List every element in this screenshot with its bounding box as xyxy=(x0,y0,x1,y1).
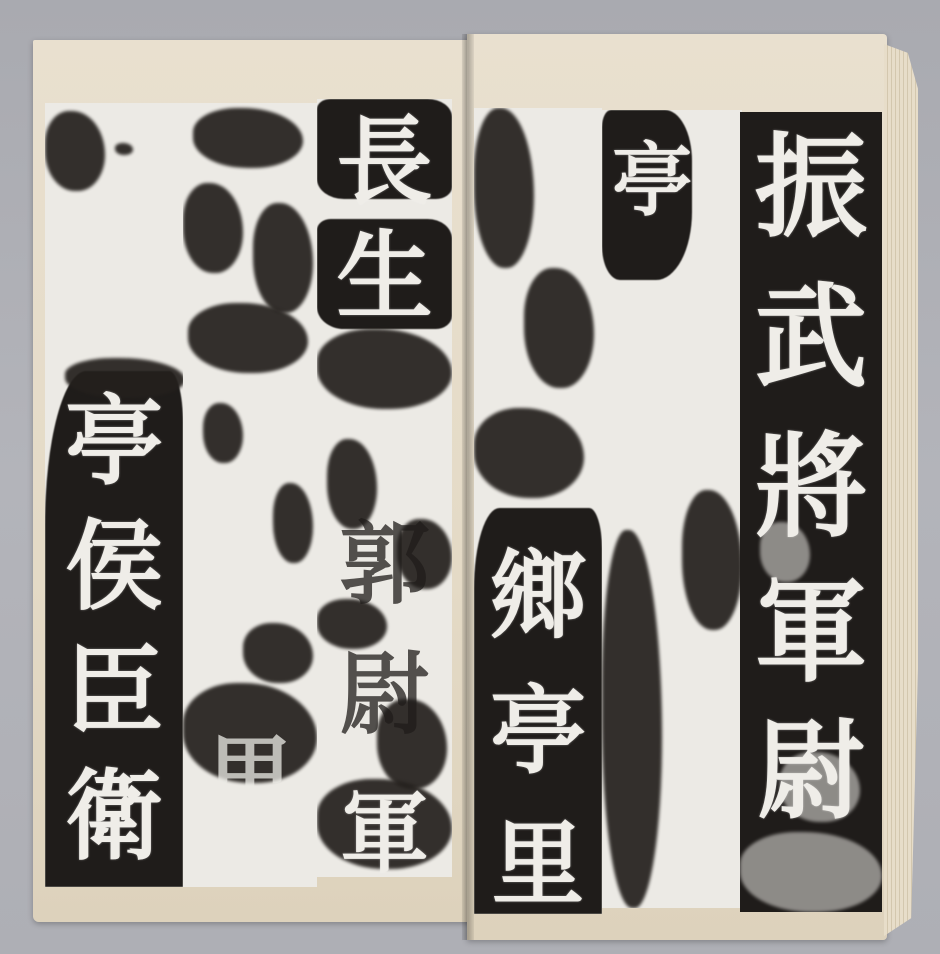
character: 生 xyxy=(317,229,452,325)
photo-scene: 亭 侯 臣 衛 里 長 生 郭 尉 軍 鄉 xyxy=(0,0,940,954)
character: 臣 xyxy=(45,643,183,741)
character: 里 xyxy=(183,733,317,823)
character: 里 xyxy=(474,818,602,910)
rubbing-strip-right-page-middle: 亭 xyxy=(602,110,742,908)
character: 尉 xyxy=(740,717,882,825)
character: 軍 xyxy=(317,789,452,877)
character: 武 xyxy=(740,282,882,394)
character: 軍 xyxy=(740,577,882,689)
rubbing-strip-right-page-right: 振 武 將 軍 尉 xyxy=(740,112,882,912)
character: 振 xyxy=(740,132,882,244)
character: 亭 xyxy=(45,393,183,491)
character: 衛 xyxy=(45,768,183,866)
rubbing-strip-left-page-right: 長 生 郭 尉 軍 xyxy=(317,99,452,877)
character: 亭 xyxy=(602,140,742,220)
character: 鄉 xyxy=(474,548,602,644)
album-page-edges xyxy=(884,44,918,936)
character: 將 xyxy=(740,432,882,544)
character: 郭 xyxy=(317,519,452,609)
character: 長 xyxy=(317,114,452,210)
rubbing-strip-left-page-middle: 里 xyxy=(183,103,317,887)
rubbing-strip-left-page-left: 亭 侯 臣 衛 xyxy=(45,103,183,887)
character: 尉 xyxy=(317,649,452,739)
character: 亭 xyxy=(474,683,602,779)
character: 侯 xyxy=(45,518,183,616)
rubbing-strip-right-page-left: 鄉 亭 里 xyxy=(474,108,602,914)
album-gutter xyxy=(462,34,474,940)
